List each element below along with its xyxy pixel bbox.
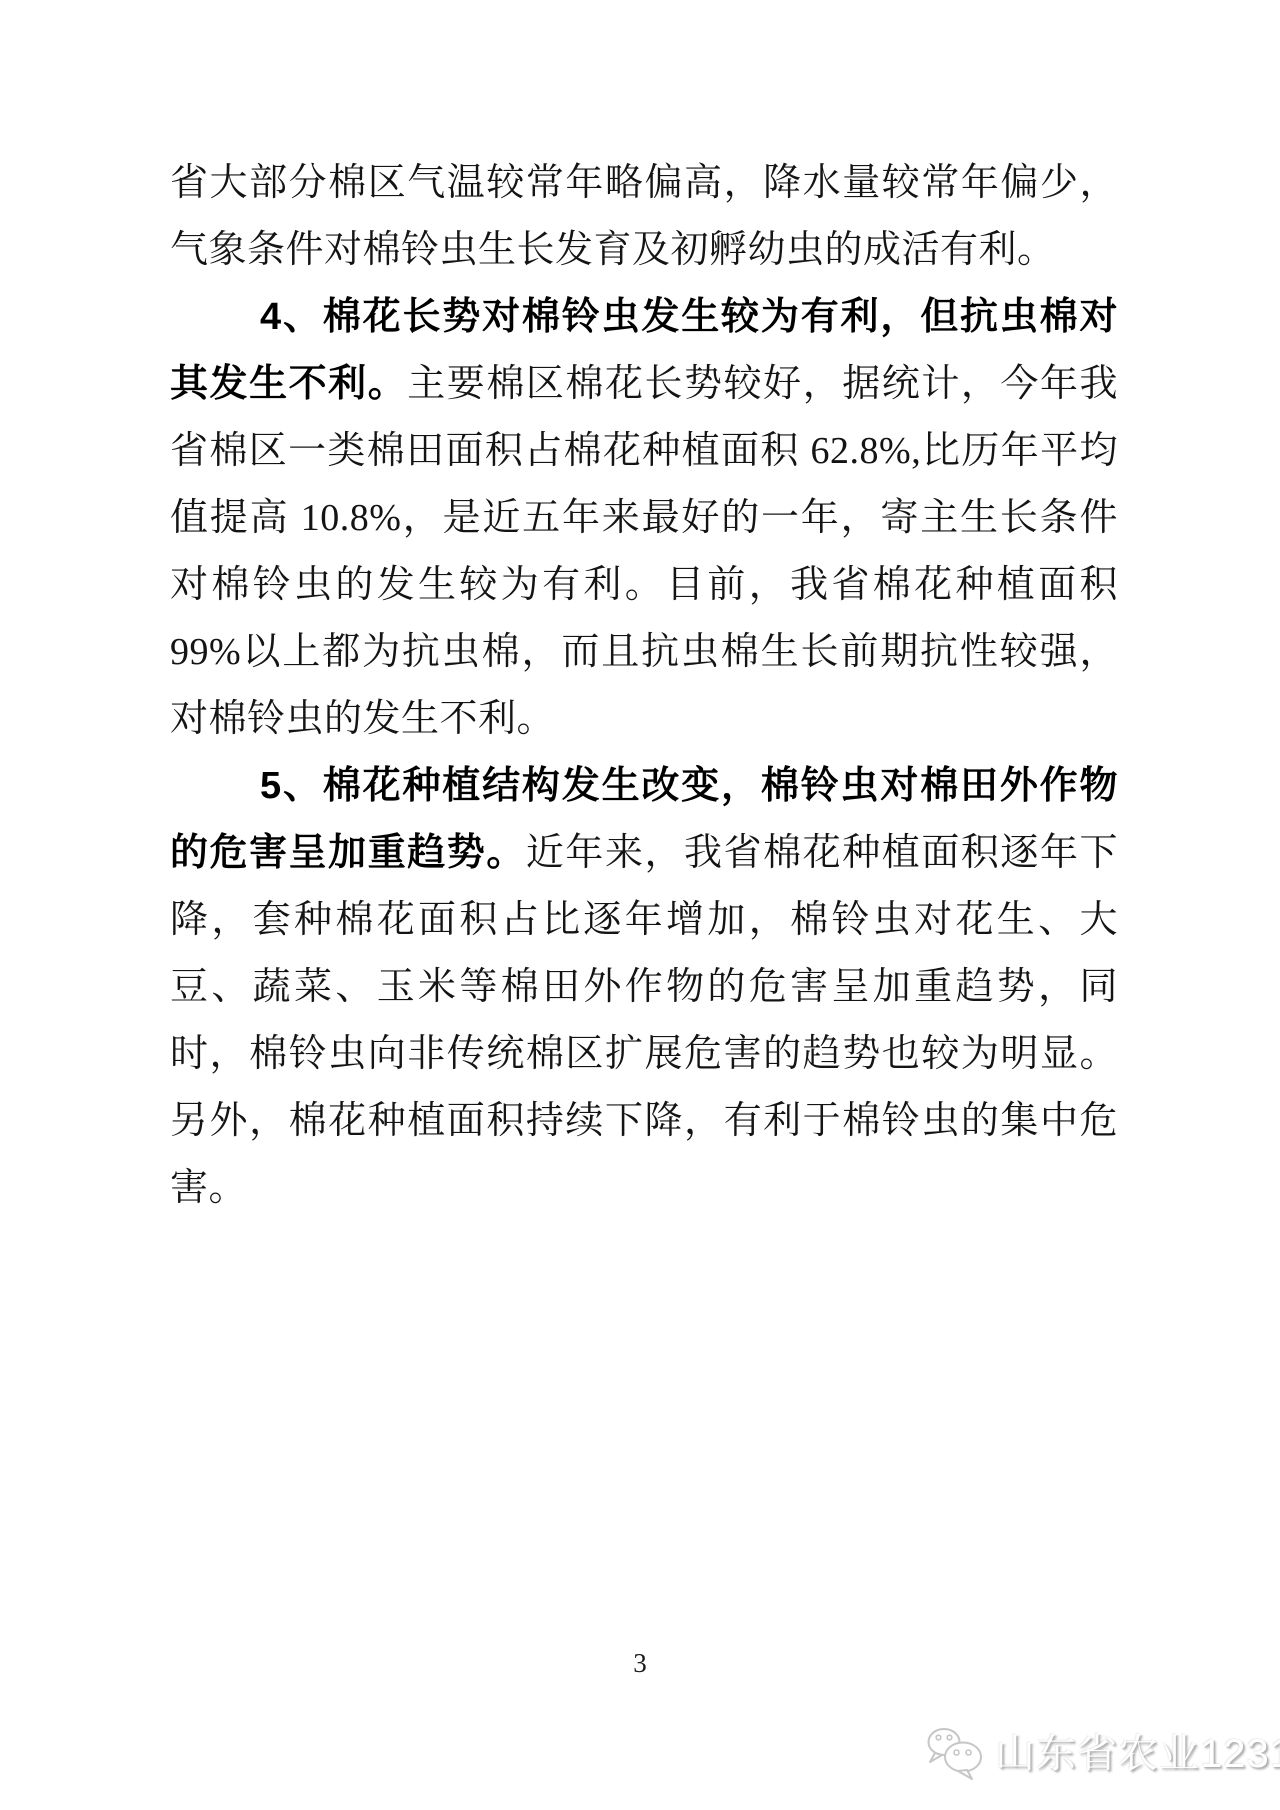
- wechat-watermark: 山东省农业12316: [925, 1726, 1280, 1782]
- paragraph: 4、棉花长势对棉铃虫发生较为有利，但抗虫棉对其发生不利。主要棉区棉花长势较好，据…: [170, 284, 1118, 753]
- paragraph-text: 近年来，我省棉花种植面积逐年下降，套种棉花面积占比逐年增加，棉铃虫对花生、大豆、…: [170, 832, 1118, 1209]
- paragraph-text: 主要棉区棉花长势较好，据统计，今年我省棉区一类棉田面积占棉花种植面积 62.8%…: [170, 363, 1118, 740]
- paragraph: 5、棉花种植结构发生改变，棉铃虫对棉田外作物的危害呈加重趋势。近年来，我省棉花种…: [170, 753, 1118, 1222]
- paragraph-text: 省大部分棉区气温较常年略偏高，降水量较常年偏少，气象条件对棉铃虫生长发育及初孵幼…: [170, 162, 1118, 271]
- page-number: 3: [0, 1646, 1280, 1680]
- watermark-text: 山东省农业12316: [995, 1726, 1280, 1782]
- document-body: 省大部分棉区气温较常年略偏高，降水量较常年偏少，气象条件对棉铃虫生长发育及初孵幼…: [170, 150, 1118, 1222]
- paragraph: 省大部分棉区气温较常年略偏高，降水量较常年偏少，气象条件对棉铃虫生长发育及初孵幼…: [170, 150, 1118, 284]
- wechat-icon: [925, 1726, 985, 1782]
- document-page: 省大部分棉区气温较常年略偏高，降水量较常年偏少，气象条件对棉铃虫生长发育及初孵幼…: [0, 0, 1280, 1810]
